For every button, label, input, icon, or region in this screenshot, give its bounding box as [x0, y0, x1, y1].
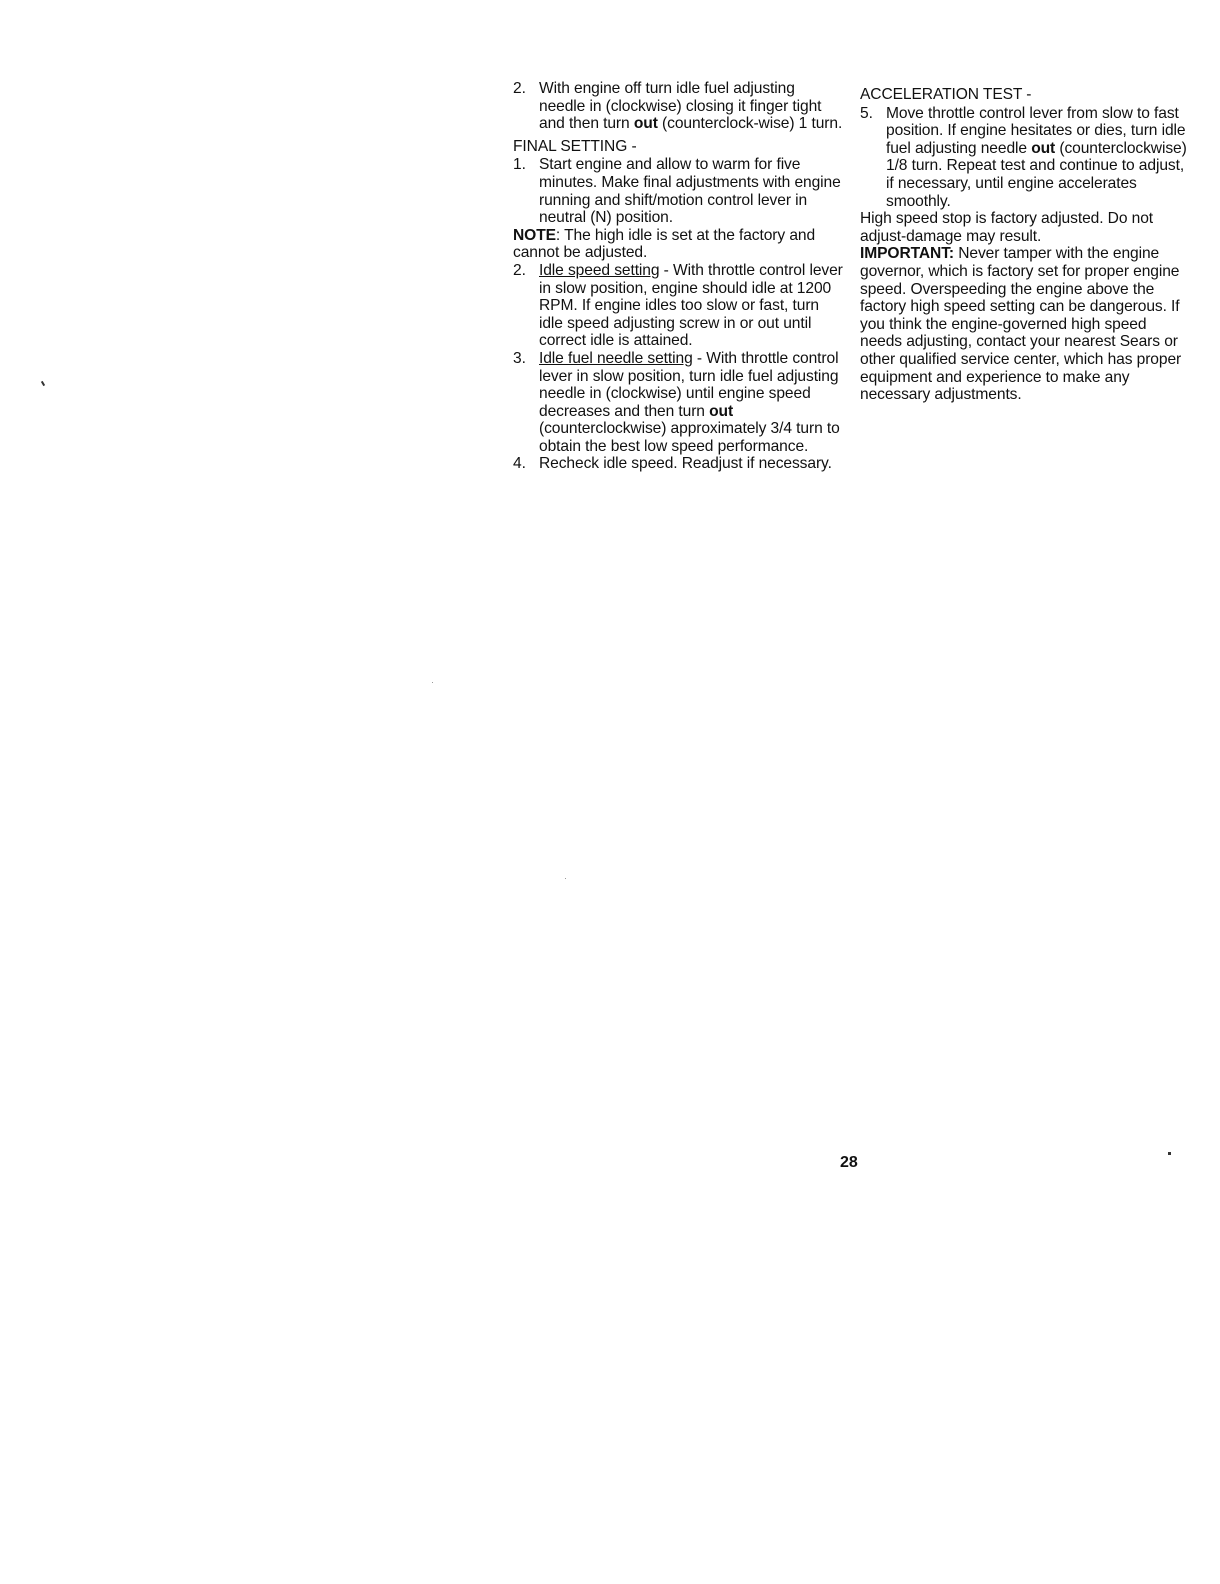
list-item-2: 2. Idle speed setting - With throttle co… [513, 262, 843, 350]
note-label: NOTE [513, 227, 556, 244]
important-label: IMPORTANT: [860, 245, 954, 262]
emphasis: out [634, 115, 658, 132]
note-text: : The high idle is set at the factory an… [513, 227, 815, 262]
item-text: Recheck idle speed. Readjust if necessar… [539, 455, 832, 472]
item-number: 1. [513, 156, 526, 174]
page-number: 28 [840, 1154, 858, 1172]
list-item-5: 5. Move throttle control lever from slow… [860, 105, 1190, 211]
emphasis: out [1031, 140, 1055, 157]
item-text: (counterclock-wise) 1 turn. [658, 115, 842, 132]
left-column: 2. With engine off turn idle fuel adjust… [513, 80, 843, 473]
high-speed-stop-paragraph: High speed stop is factory adjusted. Do … [860, 210, 1190, 245]
list-item-4: 4. Recheck idle speed. Readjust if neces… [513, 455, 843, 473]
item-number: 2. [513, 80, 526, 98]
list-item-1: 1. Start engine and allow to warm for fi… [513, 156, 843, 226]
final-setting-heading: FINAL SETTING - [513, 138, 843, 156]
item-number: 3. [513, 350, 526, 368]
item-text: (counterclockwise) approximately 3/4 tur… [539, 420, 840, 455]
list-item-2-pre: 2. With engine off turn idle fuel adjust… [513, 80, 843, 133]
scan-speck [432, 682, 433, 683]
important-text: Never tamper with the engine governor, w… [860, 245, 1181, 403]
note-paragraph: NOTE: The high idle is set at the factor… [513, 227, 843, 262]
item-number: 2. [513, 262, 526, 280]
item-title: Idle speed setting [539, 262, 659, 279]
emphasis: out [709, 403, 733, 420]
scan-speck [565, 878, 566, 879]
item-number: 4. [513, 455, 526, 473]
item-number: 5. [860, 105, 873, 123]
item-text: Start engine and allow to warm for five … [539, 156, 841, 226]
item-title: Idle fuel needle setting [539, 350, 693, 367]
acceleration-test-heading: ACCELERATION TEST - [860, 86, 1190, 104]
right-column: ACCELERATION TEST - 5. Move throttle con… [860, 80, 1190, 404]
list-item-3: 3. Idle fuel needle setting - With throt… [513, 350, 843, 456]
scan-speck [41, 381, 45, 386]
scan-speck [1168, 1152, 1171, 1155]
important-paragraph: IMPORTANT: Never tamper with the engine … [860, 245, 1190, 403]
